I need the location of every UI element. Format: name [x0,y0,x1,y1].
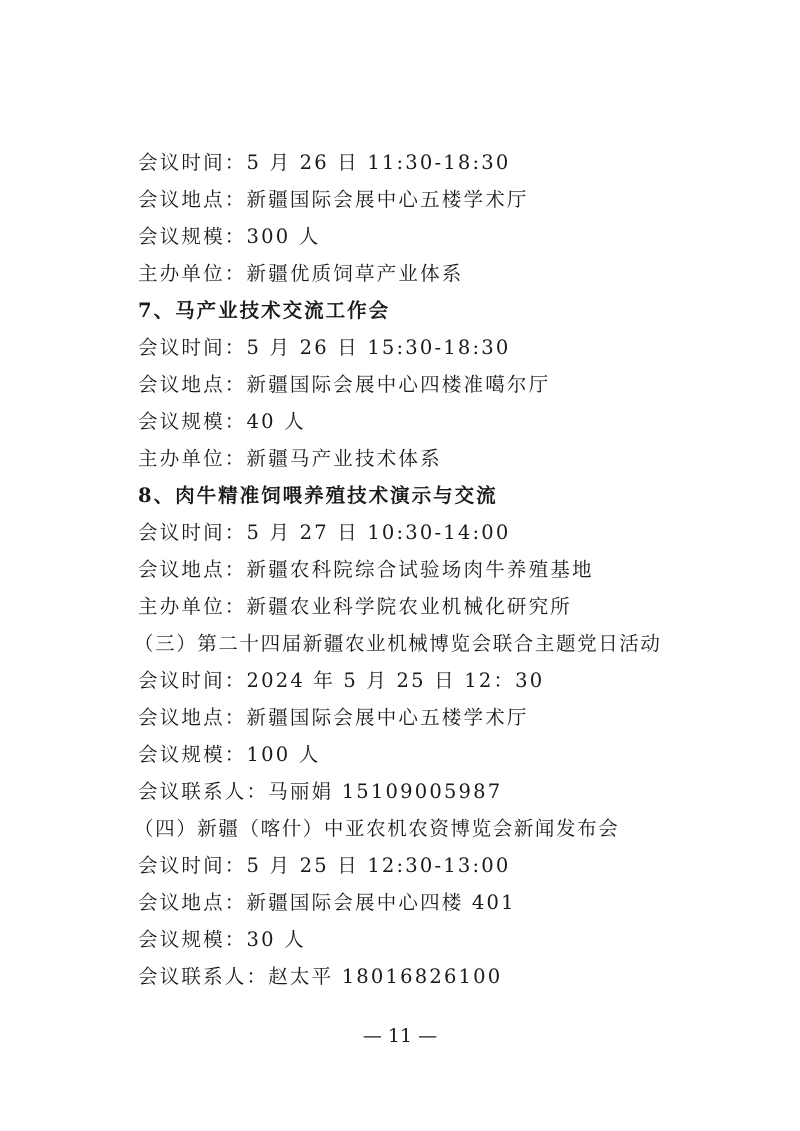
meeting-scale: 会议规模：100 人 [138,743,320,767]
meeting-time: 会议时间：2024 年 5 月 25 日 12：30 [138,669,544,693]
section-heading-7: 7、马产业技术交流工作会 [138,299,390,323]
meeting-location: 会议地点：新疆国际会展中心四楼准噶尔厅 [138,373,550,397]
meeting-contact: 会议联系人：赵太平 18016826100 [138,965,502,989]
meeting-scale: 会议规模：40 人 [138,410,306,434]
meeting-time: 会议时间：5 月 27 日 10:30-14:00 [138,521,511,545]
meeting-location: 会议地点：新疆农科院综合试验场肉牛养殖基地 [138,558,594,582]
page-number: — 11 — [0,1024,800,1048]
meeting-organizer: 主办单位：新疆优质饲草产业体系 [138,262,464,286]
meeting-time: 会议时间：5 月 26 日 11:30-18:30 [138,151,511,175]
meeting-scale: 会议规模：300 人 [138,225,320,249]
meeting-organizer: 主办单位：新疆农业科学院农业机械化研究所 [138,595,572,619]
meeting-location: 会议地点：新疆国际会展中心五楼学术厅 [138,188,529,212]
meeting-time: 会议时间：5 月 25 日 12:30-13:00 [138,854,511,878]
meeting-location: 会议地点：新疆国际会展中心四楼 401 [138,891,516,915]
subsection-heading-3: （三）第二十四届新疆农业机械博览会联合主题党日活动 [134,632,662,656]
meeting-scale: 会议规模：30 人 [138,928,306,952]
meeting-organizer: 主办单位：新疆马产业技术体系 [138,447,442,471]
meeting-location: 会议地点：新疆国际会展中心五楼学术厅 [138,706,529,730]
meeting-contact: 会议联系人：马丽娟 15109005987 [138,780,502,804]
subsection-heading-4: （四）新疆（喀什）中亚农机农资博览会新闻发布会 [134,817,619,841]
meeting-time: 会议时间：5 月 26 日 15:30-18:30 [138,336,511,360]
section-heading-8: 8、肉牛精准饲喂养殖技术演示与交流 [138,484,498,508]
